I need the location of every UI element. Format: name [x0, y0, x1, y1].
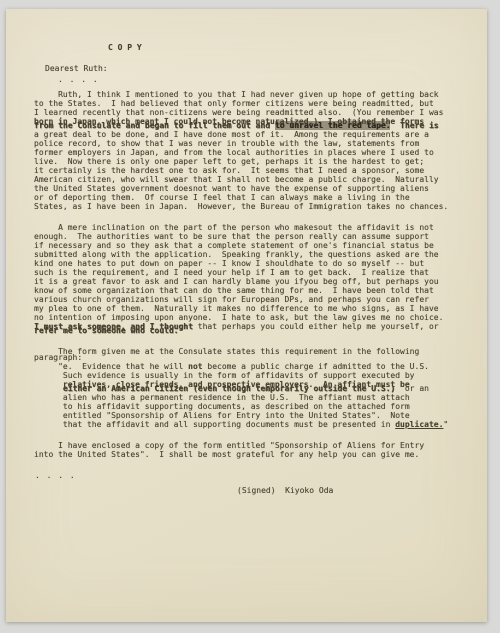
letter-line: States, as I have been in Japan. However… — [34, 202, 475, 211]
letter-text-segment: from the Consulate and began to fill the… — [34, 121, 275, 130]
letter-text-segment: no intention of imposing upon anyone. I … — [34, 313, 443, 322]
letter-line: The form given me at the Consulate state… — [34, 347, 475, 356]
letter-text-segment: not — [188, 362, 202, 371]
letter-text-segment: duplicate. — [395, 420, 443, 429]
letter-text-segment: my plea to one of them. Naturally it mak… — [34, 304, 439, 313]
letter-text-segment: to the States. I had believed that only … — [34, 99, 434, 108]
letter-text-segment: a great deal to be done, and I have done… — [34, 130, 429, 139]
letter-line: live. Now there is only one paper left t… — [34, 157, 475, 166]
letter-line: such is the requirement, and I need your… — [34, 268, 475, 277]
letter-text-segment: The form given me at the Consulate state… — [34, 347, 419, 356]
letter-text-segment: into the United States". I shall be most… — [34, 450, 419, 459]
letter-text-segment: entitled "Sponsorship of Aliens for Entr… — [34, 411, 410, 420]
copy-heading: C O P Y — [108, 43, 475, 52]
letter-line: "e. Evidence that he will not become a p… — [34, 362, 475, 371]
letter-line: a great deal to be done, and I have done… — [34, 130, 475, 139]
letter-line: A mere inclination on the part of the pe… — [34, 223, 475, 232]
letter-line: submitted along with the application. Sp… — [34, 250, 475, 259]
letter-text-segment: that perhaps you could either help me yo… — [193, 322, 439, 331]
letter-text-segment: refer me to someone who could. — [34, 326, 179, 335]
letter-text-segment: if necessary and so they ask that a comp… — [34, 241, 434, 250]
letter-text-segment: live. Now there is only one paper left t… — [34, 157, 424, 166]
letter-text-segment: it certainly is the hardest one to ask f… — [34, 166, 424, 175]
letter-line: Such evidence is usually in the form of … — [34, 371, 475, 380]
letter-line: enough. The authorities want to be sure … — [34, 232, 475, 241]
letter-line: into the United States". I shall be most… — [34, 450, 475, 459]
paragraph-1: Ruth, I think I mentioned to you that I … — [34, 90, 475, 211]
letter-line: or of deporting them. Of course I feel t… — [34, 193, 475, 202]
letter-line: kind one hates to put down on paper -- I… — [34, 259, 475, 268]
letter-text-segment: kind one hates to put down on paper -- I… — [34, 259, 424, 268]
letter-text-segment: States, as I have been in Japan. However… — [34, 202, 448, 211]
letter-text-segment: the United States government doesnot wan… — [34, 184, 429, 193]
letter-text-segment: Ruth, I think I mentioned to you that I … — [34, 90, 439, 99]
letter-text-segment: alien who has a permanent residence in t… — [34, 393, 410, 402]
letter-text-segment: police record, to show that I was never … — [34, 139, 419, 148]
letter-line: alien who has a permanent residence in t… — [34, 393, 475, 402]
ellipsis-top: . . . . — [58, 75, 475, 84]
letter-text-segment: it is a great favor to ask and I can har… — [34, 277, 439, 286]
letter-line: it certainly is the hardest one to ask f… — [34, 166, 475, 175]
signature-line: (Signed) Kiyoko Oda — [237, 486, 475, 495]
letter-line: either an American Citizen (even though … — [34, 384, 475, 393]
letter-text-segment: or an — [395, 384, 429, 393]
letter-line: American citizen, who will swear that I … — [34, 175, 475, 184]
letter-line: Ruth, I think I mentioned to you that I … — [34, 90, 475, 99]
letter-text-segment: to unravel the red tape. — [275, 121, 391, 130]
letter-text-segment: either an American Citizen (even though … — [34, 384, 395, 393]
letter-text-segment: enough. The authorities want to be sure … — [34, 232, 429, 241]
salutation: Dearest Ruth: — [45, 64, 475, 73]
paragraph-4: I have enclosed a copy of the form entit… — [34, 441, 475, 459]
letter-line: that the affidavit and all supporting do… — [34, 420, 475, 429]
letter-page: C O P Y Dearest Ruth: . . . . Ruth, I th… — [6, 9, 487, 622]
letter-line: know of some organization that can do th… — [34, 286, 475, 295]
letter-line: if necessary and so they ask that a comp… — [34, 241, 475, 250]
paragraph-3: The form given me at the Consulate state… — [34, 347, 475, 429]
letter-text-segment: I have enclosed a copy of the form entit… — [34, 441, 424, 450]
letter-text-segment: submitted along with the application. Sp… — [34, 250, 439, 259]
letter-text-segment: such is the requirement, and I need your… — [34, 268, 429, 277]
letter-content: C O P Y Dearest Ruth: . . . . Ruth, I th… — [34, 43, 475, 495]
letter-text-segment: There is — [390, 121, 438, 130]
letter-text-segment: American citizen, who will swear that I … — [34, 175, 439, 184]
letter-line: it is a great favor to ask and I can har… — [34, 277, 475, 286]
letter-text-segment: that the affidavit and all supporting do… — [34, 420, 395, 429]
letter-text-segment: " — [443, 420, 448, 429]
letter-line: various church organizations will sign f… — [34, 295, 475, 304]
letter-line: from the Consulate and began to fill the… — [34, 121, 475, 130]
letter-line: to the States. I had believed that only … — [34, 99, 475, 108]
letter-text-segment: know of some organization that can do th… — [34, 286, 434, 295]
letter-text-segment: to his affidavit supporting documents, a… — [34, 402, 410, 411]
ellipsis-bottom: . . . . — [35, 471, 475, 480]
letter-text-segment: I learned recently that non-citizens wer… — [34, 108, 443, 117]
letter-text-segment: become a public charge if admitted to th… — [203, 362, 429, 371]
letter-text-segment: former employers in Japan, and from the … — [34, 148, 434, 157]
letter-body: Ruth, I think I mentioned to you that I … — [34, 90, 475, 459]
letter-line: I learned recently that non-citizens wer… — [34, 108, 475, 117]
letter-line: former employers in Japan, and from the … — [34, 148, 475, 157]
letter-line: no intention of imposing upon anyone. I … — [34, 313, 475, 322]
letter-text-segment: various church organizations will sign f… — [34, 295, 429, 304]
letter-text-segment: or of deporting them. Of course I feel t… — [34, 193, 410, 202]
letter-line: to his affidavit supporting documents, a… — [34, 402, 475, 411]
letter-line: the United States government doesnot wan… — [34, 184, 475, 193]
letter-text-segment: "e. Evidence that he will — [34, 362, 188, 371]
letter-line: police record, to show that I was never … — [34, 139, 475, 148]
letter-line: entitled "Sponsorship of Aliens for Entr… — [34, 411, 475, 420]
letter-line: I have enclosed a copy of the form entit… — [34, 441, 475, 450]
letter-line: my plea to one of them. Naturally it mak… — [34, 304, 475, 313]
paragraph-2: A mere inclination on the part of the pe… — [34, 223, 475, 335]
letter-text-segment: paragraph: — [34, 353, 82, 362]
letter-text-segment: A mere inclination on the part of the pe… — [34, 223, 434, 232]
letter-text-segment: Such evidence is usually in the form of … — [34, 371, 415, 380]
